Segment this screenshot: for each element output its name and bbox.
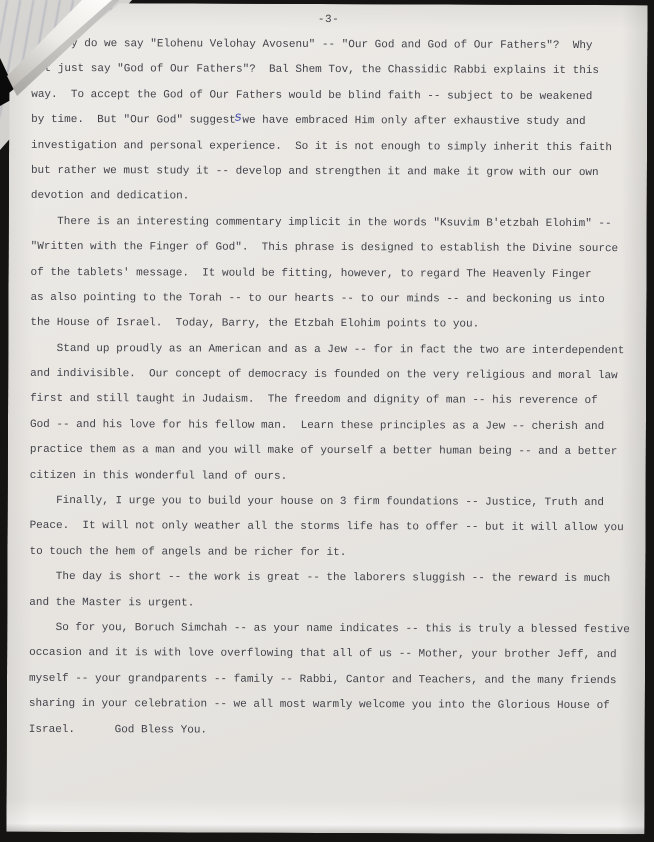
page-number: -3- [10, 13, 648, 27]
text-line: and the Master is urgent. [29, 595, 629, 623]
document-page: -3- Why do we say "Elohenu Velohay Avose… [6, 3, 647, 834]
text-line: to touch the hem of angels and be richer… [29, 545, 629, 573]
text-line: devotion and dedication. [31, 189, 631, 217]
text-line: by time. But "Our God" suggest we have e… [31, 113, 631, 141]
text-line: occasion and it is with love overflowing… [29, 646, 629, 674]
text-line: Why do we say "Elohenu Velohay Avosenu" … [31, 37, 631, 65]
text-line: sharing in your celebration -- we all mo… [29, 697, 629, 725]
text-line: Stand up proudly as an American and as a… [30, 342, 630, 370]
text-line: not just say "God of Our Fathers"? Bal S… [31, 62, 631, 90]
text-line: as also pointing to the Torah -- to our … [30, 291, 630, 319]
text-line: way. To accept the God of Our Fathers wo… [31, 88, 631, 116]
text-line: citizen in this wonderful land of ours. [30, 468, 630, 496]
text-line: So for you, Boruch Simchah -- as your na… [29, 621, 629, 649]
text-line: investigation and personal experience. S… [31, 138, 631, 166]
text-line: of the tablets' message. It would be fit… [30, 265, 630, 293]
text-line: but rather we must study it -- develop a… [31, 164, 631, 192]
text-line: God -- and his love for his fellow man. … [30, 418, 630, 446]
text-line: There is an interesting commentary impli… [31, 215, 631, 243]
paragraph: Why do we say "Elohenu Velohay Avosenu" … [31, 37, 632, 217]
photo-backdrop: -3- Why do we say "Elohenu Velohay Avose… [0, 0, 654, 842]
text-line: first and still taught in Judaism. The f… [30, 392, 630, 420]
text-line: Finally, I urge you to build your house … [30, 494, 630, 522]
handwritten-correction: s [233, 109, 242, 125]
text-line: "Written with the Finger of God". This p… [31, 240, 631, 268]
text-line: Peace. It will not only weather all the … [30, 519, 630, 547]
paragraph: There is an interesting commentary impli… [30, 215, 630, 344]
text-line: myself -- your grandparents -- family --… [29, 672, 629, 700]
paragraph: So for you, Boruch Simchah -- as your na… [29, 621, 629, 750]
paragraph: Finally, I urge you to build your house … [29, 494, 629, 572]
text-line: practice them as a man and you will make… [30, 443, 630, 471]
text-line: Israel. God Bless You. [29, 722, 629, 750]
text-line: and indivisible. Our concept of democrac… [30, 367, 630, 395]
document-body: Why do we say "Elohenu Velohay Avosenu" … [29, 37, 632, 750]
text-line: The day is short -- the work is great --… [29, 570, 629, 598]
text-line: the House of Israel. Today, Barry, the E… [30, 316, 630, 344]
paragraph: The day is short -- the work is great --… [29, 570, 629, 623]
paragraph: Stand up proudly as an American and as a… [30, 342, 631, 497]
